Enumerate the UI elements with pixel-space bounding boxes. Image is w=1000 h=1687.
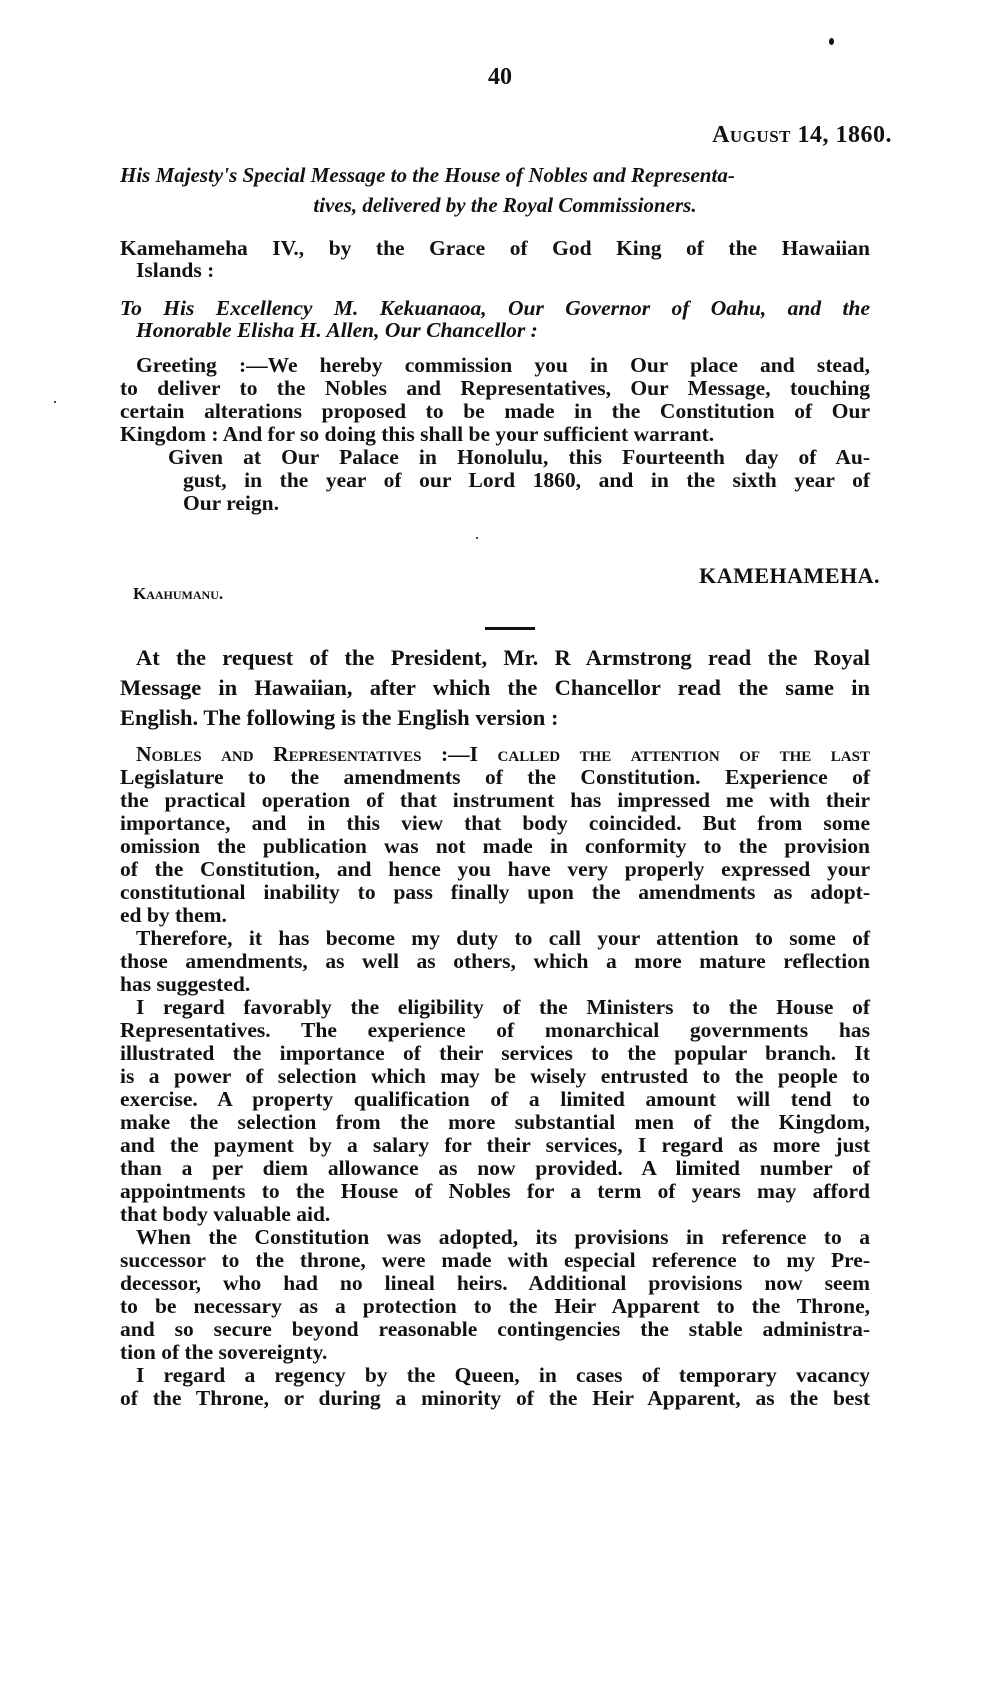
message-line: Nobles and Representatives :—I called th…: [136, 742, 870, 767]
message-line: illustrated the importance of their serv…: [120, 1041, 870, 1066]
message-line: omission the publication was not made in…: [120, 834, 870, 859]
message-line: Therefore, it has become my duty to call…: [136, 926, 870, 951]
commission-line: certain alterations proposed to be made …: [120, 399, 870, 424]
message-line: than a per diem allowance as now provide…: [120, 1156, 870, 1181]
message-line: tion of the sovereignty.: [120, 1340, 870, 1365]
message-line: of the Throne, or during a minority of t…: [120, 1386, 870, 1411]
message-line: and so secure beyond reasonable continge…: [120, 1317, 870, 1342]
commission-line: to deliver to the Nobles and Representat…: [120, 376, 870, 401]
message-line: and the payment by a salary for their se…: [120, 1133, 870, 1158]
commission-line: Our reign.: [183, 491, 583, 516]
message-line: Legislature to the amendments of the Con…: [120, 765, 870, 790]
signature-kaahumanu: Kaahumanu.: [133, 584, 223, 604]
message-line: When the Constitution was adopted, its p…: [136, 1225, 870, 1250]
message-line: exercise. A property qualification of a …: [120, 1087, 870, 1112]
commission-line: Greeting :—We hereby commission you in O…: [136, 353, 870, 378]
speck-mark: [829, 38, 834, 45]
message-line: importance, and in this view that body c…: [120, 811, 870, 836]
message-line: successor to the throne, were made with …: [120, 1248, 870, 1273]
document-title: His Majesty's Special Message to the Hou…: [120, 160, 890, 220]
message-line: to be necessary as a protection to the H…: [120, 1294, 870, 1319]
document-page: 40 August 14, 1860. His Majesty's Specia…: [0, 0, 1000, 1687]
commission-line: Given at Our Palace in Honolulu, this Fo…: [168, 445, 870, 470]
message-line: that body valuable aid.: [120, 1202, 870, 1227]
speck-mark: [476, 537, 478, 539]
message-line: constitutional inability to pass finally…: [120, 880, 870, 905]
message-line: I regard favorably the eligibility of th…: [136, 995, 870, 1020]
intro-line: Message in Hawaiian, after which the Cha…: [120, 675, 870, 700]
message-line: is a power of selection which may be wis…: [120, 1064, 870, 1089]
message-line: make the selection from the more substan…: [120, 1110, 870, 1135]
speck-mark: [54, 401, 56, 403]
message-line: appointments to the House of Nobles for …: [120, 1179, 870, 1204]
message-line: Representatives. The experience of monar…: [120, 1018, 870, 1043]
title-line-2: tives, delivered by the Royal Commission…: [120, 190, 890, 220]
message-line: of the Constitution, and hence you have …: [120, 857, 870, 882]
section-divider: [485, 627, 535, 630]
message-line: has suggested.: [120, 972, 870, 997]
commission-line: Islands :: [136, 258, 836, 283]
signature-kamehameha: KAMEHAMEHA.: [699, 563, 880, 589]
page-number: 40: [0, 64, 1000, 91]
intro-line: At the request of the President, Mr. R A…: [136, 645, 870, 670]
message-line: I regard a regency by the Queen, in case…: [136, 1363, 870, 1388]
commission-line: Kingdom : And for so doing this shall be…: [120, 422, 870, 447]
document-date: August 14, 1860.: [712, 122, 892, 149]
message-line: those amendments, as well as others, whi…: [120, 949, 870, 974]
intro-line: English. The following is the English ve…: [120, 705, 870, 730]
commission-line: Honorable Elisha H. Allen, Our Chancello…: [136, 318, 836, 343]
commission-line: gust, in the year of our Lord 1860, and …: [183, 468, 870, 493]
message-line: ed by them.: [120, 903, 870, 928]
message-line: decessor, who had no lineal heirs. Addit…: [120, 1271, 870, 1296]
message-line: the practical operation of that instrume…: [120, 788, 870, 813]
title-line-1: His Majesty's Special Message to the Hou…: [120, 163, 735, 187]
